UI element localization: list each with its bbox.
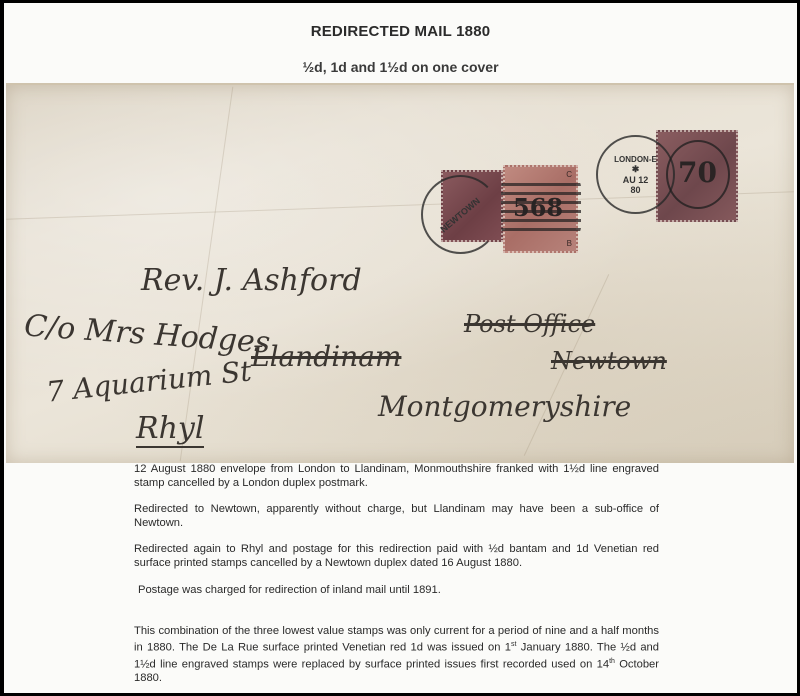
page-title: REDIRECTED MAIL 1880 (4, 23, 797, 40)
description-paragraph-2: Redirected to Newtown, apparently withou… (134, 502, 659, 530)
struck-newtown: Newtown (551, 347, 667, 375)
description-paragraph-3: Redirected again to Rhyl and postage for… (134, 542, 659, 570)
address-line-1: Rev. J. Ashford (141, 263, 362, 298)
struck-post-office: Post Office (464, 310, 595, 338)
postmark-text: NEWTOWN (439, 195, 482, 234)
address-line-2: C/o Mrs Hodges (23, 308, 271, 360)
album-page: REDIRECTED MAIL 1880 ½d, 1d and 1½d on o… (4, 3, 797, 693)
address-line-3: 7 Aquarium St (45, 354, 253, 408)
envelope-cover: 568 C B 70 NEWTOWN LONDON-E ✱ AU 12 80 R… (6, 83, 794, 463)
duplex-oval-cancel (666, 140, 730, 209)
description-paragraph-1: 12 August 1880 envelope from London to L… (134, 462, 659, 490)
address-county: Montgomeryshire (378, 390, 631, 423)
corner-letter: B (567, 239, 572, 248)
postmark-date: AU 12 (623, 175, 649, 185)
page-subtitle: ½d, 1d and 1½d on one cover (4, 59, 797, 75)
duplex-bars (501, 177, 581, 237)
postmark-text: LONDON-E (614, 155, 657, 164)
description-paragraph-4: Postage was charged for redirection of i… (138, 583, 663, 597)
newtown-postmark: NEWTOWN (421, 175, 500, 254)
address-line-4: Rhyl (136, 411, 204, 448)
postmark-year: 80 (630, 185, 640, 195)
struck-llandinam: Llandinam (251, 340, 401, 373)
description-paragraph-5: This combination of the three lowest val… (134, 624, 659, 685)
postmark-star-icon: ✱ (632, 164, 640, 175)
london-postmark: LONDON-E ✱ AU 12 80 (596, 135, 675, 214)
